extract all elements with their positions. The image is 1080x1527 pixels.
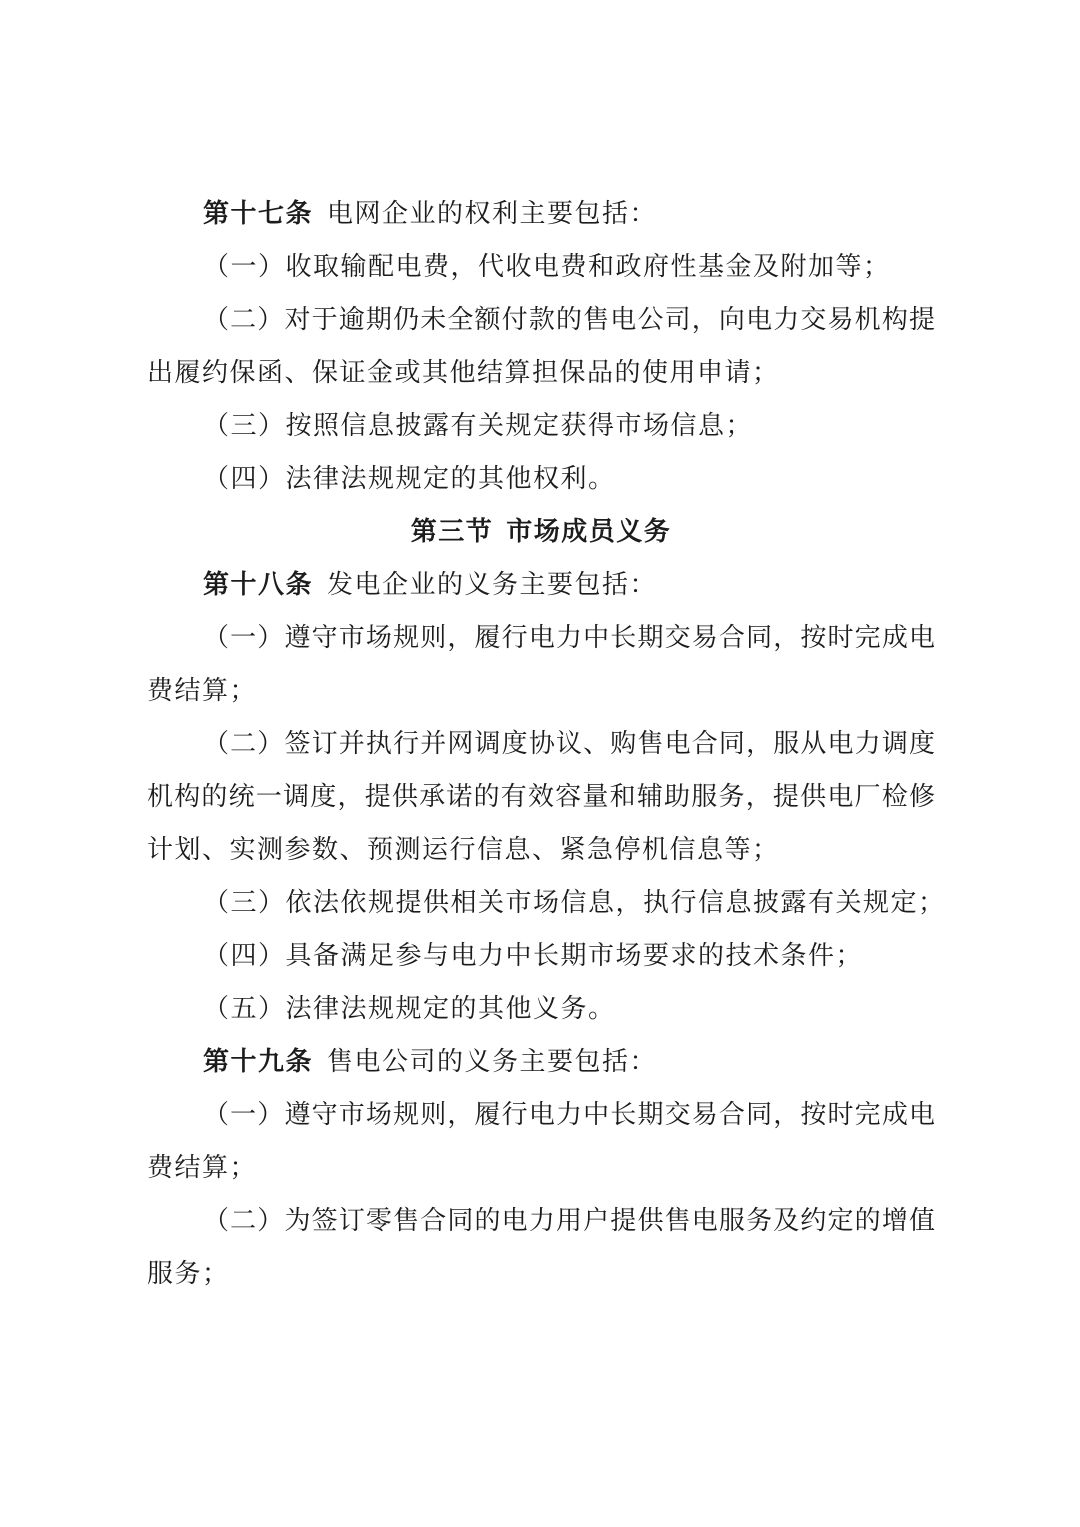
text-line: 费结算； [147,1141,935,1194]
article-text: 发电企业的义务主要包括： [327,570,657,599]
text-line: （二）对于逾期仍未全额付款的售电公司，向电力交易机构提 [147,293,935,346]
article-number: 第十八条 [203,570,313,599]
text-line: 机构的统一调度，提供承诺的有效容量和辅助服务，提供电厂检修 [147,770,935,823]
text-line: 计划、实测参数、预测运行信息、紧急停机信息等； [147,823,935,876]
section-heading: 第三节市场成员义务 [147,505,935,558]
text-line: 服务； [147,1247,935,1300]
text-line: （三）按照信息披露有关规定获得市场信息； [147,399,935,452]
text-line: （二）为签订零售合同的电力用户提供售电服务及约定的增值 [147,1194,935,1247]
article-line: 第十九条售电公司的义务主要包括： [147,1035,935,1088]
article-text: 电网企业的权利主要包括： [327,199,657,228]
article-number: 第十九条 [203,1047,313,1076]
text-line: 出履约保函、保证金或其他结算担保品的使用申请； [147,346,935,399]
text-line: （五）法律法规规定的其他义务。 [147,982,935,1035]
text-line: （一）收取输配电费，代收电费和政府性基金及附加等； [147,240,935,293]
section-title: 市场成员义务 [506,517,671,546]
article-number: 第十七条 [203,199,313,228]
text-line: （三）依法依规提供相关市场信息，执行信息披露有关规定； [147,876,935,929]
text-line: （一）遵守市场规则，履行电力中长期交易合同，按时完成电 [147,611,935,664]
text-line: （一）遵守市场规则，履行电力中长期交易合同，按时完成电 [147,1088,935,1141]
article-line: 第十七条电网企业的权利主要包括： [147,187,935,240]
section-number: 第三节 [411,517,494,546]
document-body: 第十七条电网企业的权利主要包括：（一）收取输配电费，代收电费和政府性基金及附加等… [147,187,935,1300]
text-line: （四）具备满足参与电力中长期市场要求的技术条件； [147,929,935,982]
article-text: 售电公司的义务主要包括： [327,1047,657,1076]
text-line: 费结算； [147,664,935,717]
text-line: （四）法律法规规定的其他权利。 [147,452,935,505]
text-line: （二）签订并执行并网调度协议、购售电合同，服从电力调度 [147,717,935,770]
article-line: 第十八条发电企业的义务主要包括： [147,558,935,611]
document-page: 第十七条电网企业的权利主要包括：（一）收取输配电费，代收电费和政府性基金及附加等… [0,0,1080,1527]
